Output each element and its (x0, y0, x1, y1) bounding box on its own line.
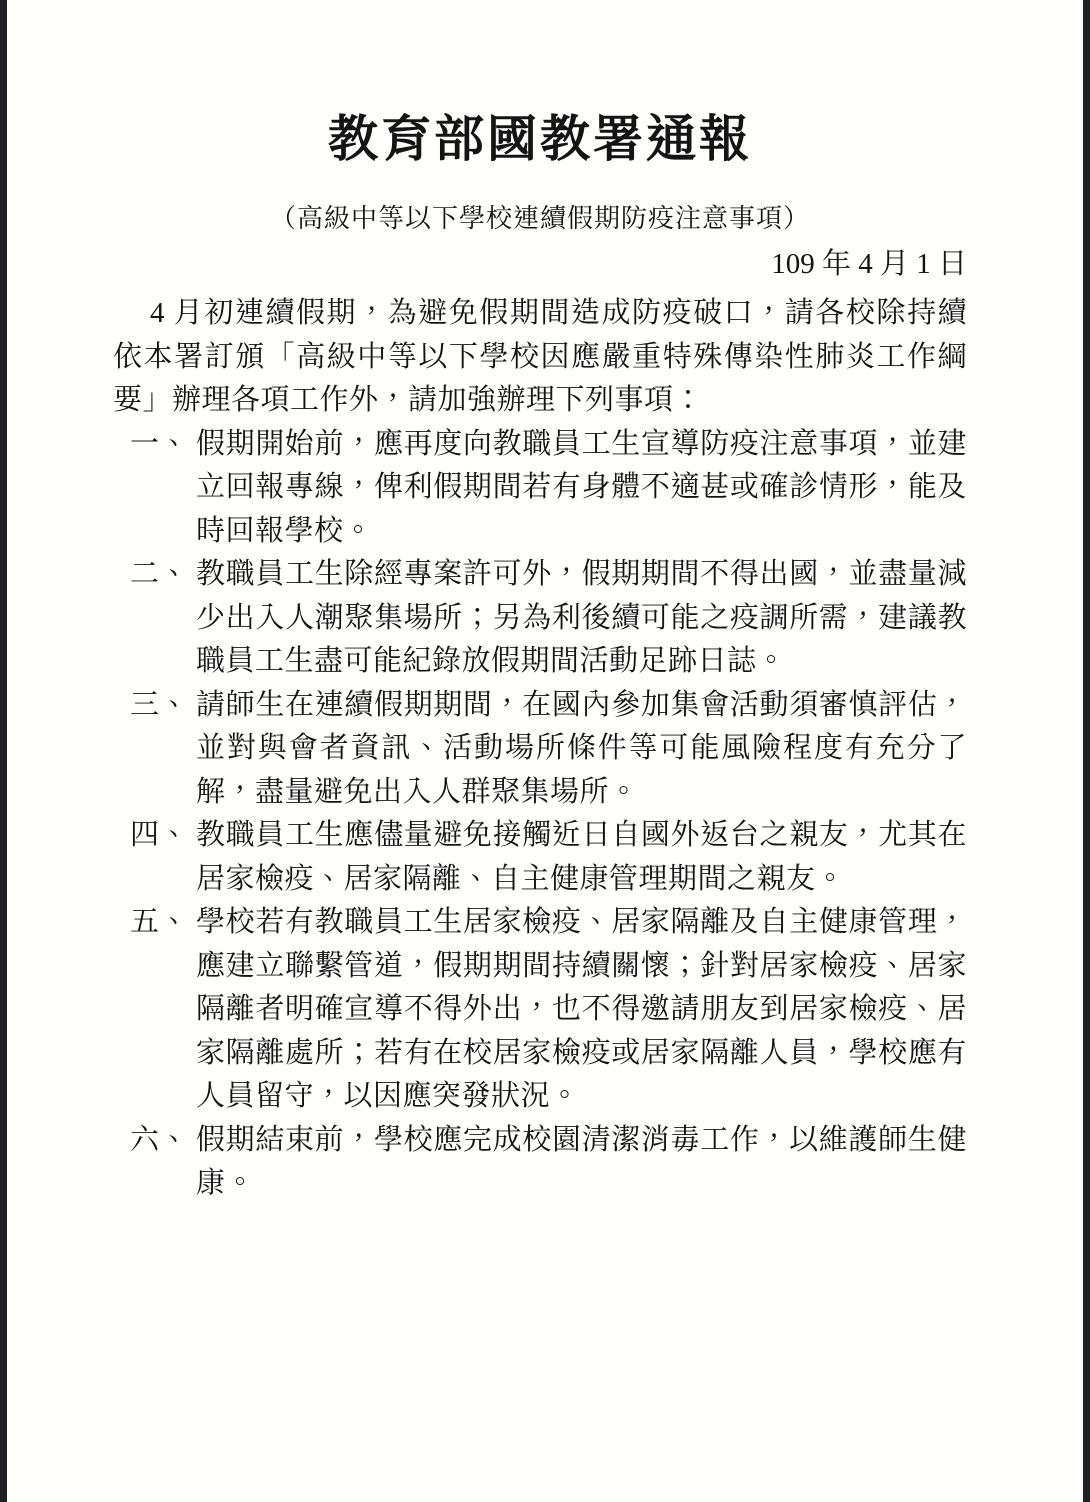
document-content: 教育部國教署通報 （高級中等以下學校連續假期防疫注意事項） 109 年 4 月 … (113, 106, 967, 1206)
list-item-marker: 五、 (130, 901, 196, 1119)
list-item-marker: 一、 (130, 423, 196, 554)
list-item-3: 三、 請師生在連續假期期間，在國內參加集會活動須審慎評估，並對與會者資訊、活動場… (113, 684, 967, 815)
list-item-1: 一、 假期開始前，應再度向教職員工生宣導防疫注意事項，並建立回報專線，俾利假期間… (113, 423, 967, 554)
list-item-text: 教職員工生應儘量避免接觸近日自國外返台之親友，尤其在居家檢疫、居家隔離、自主健康… (196, 814, 967, 901)
list-item-5: 五、 學校若有教職員工生居家檢疫、居家隔離及自主健康管理，應建立聯繫管道，假期期… (113, 901, 967, 1119)
intro-paragraph: 4 月初連續假期，為避免假期間造成防疫破口，請各校除持續依本署訂頒「高級中等以下… (113, 292, 967, 423)
document-date: 109 年 4 月 1 日 (113, 244, 967, 284)
list-item-text: 教職員工生除經專案許可外，假期期間不得出國，並盡量減少出入人潮聚集場所；另為利後… (196, 553, 967, 684)
list-item-marker: 四、 (130, 814, 196, 901)
document-title: 教育部國教署通報 (113, 106, 967, 172)
list-item-text: 假期結束前，學校應完成校園清潔消毒工作，以維護師生健康。 (196, 1119, 967, 1206)
list-item-text: 請師生在連續假期期間，在國內參加集會活動須審慎評估，並對與會者資訊、活動場所條件… (196, 684, 967, 815)
list-item-marker: 三、 (130, 684, 196, 815)
numbered-item-list: 一、 假期開始前，應再度向教職員工生宣導防疫注意事項，並建立回報專線，俾利假期間… (113, 423, 967, 1206)
list-item-marker: 二、 (130, 553, 196, 684)
list-item-marker: 六、 (130, 1119, 196, 1206)
list-item-6: 六、 假期結束前，學校應完成校園清潔消毒工作，以維護師生健康。 (113, 1119, 967, 1206)
list-item-2: 二、 教職員工生除經專案許可外，假期期間不得出國，並盡量減少出入人潮聚集場所；另… (113, 553, 967, 684)
document-page: 教育部國教署通報 （高級中等以下學校連續假期防疫注意事項） 109 年 4 月 … (7, 0, 1083, 1502)
list-item-4: 四、 教職員工生應儘量避免接觸近日自國外返台之親友，尤其在居家檢疫、居家隔離、自… (113, 814, 967, 901)
list-item-text: 學校若有教職員工生居家檢疫、居家隔離及自主健康管理，應建立聯繫管道，假期期間持續… (196, 901, 967, 1119)
document-subtitle: （高級中等以下學校連續假期防疫注意事項） (113, 200, 967, 238)
list-item-text: 假期開始前，應再度向教職員工生宣導防疫注意事項，並建立回報專線，俾利假期間若有身… (196, 423, 967, 554)
